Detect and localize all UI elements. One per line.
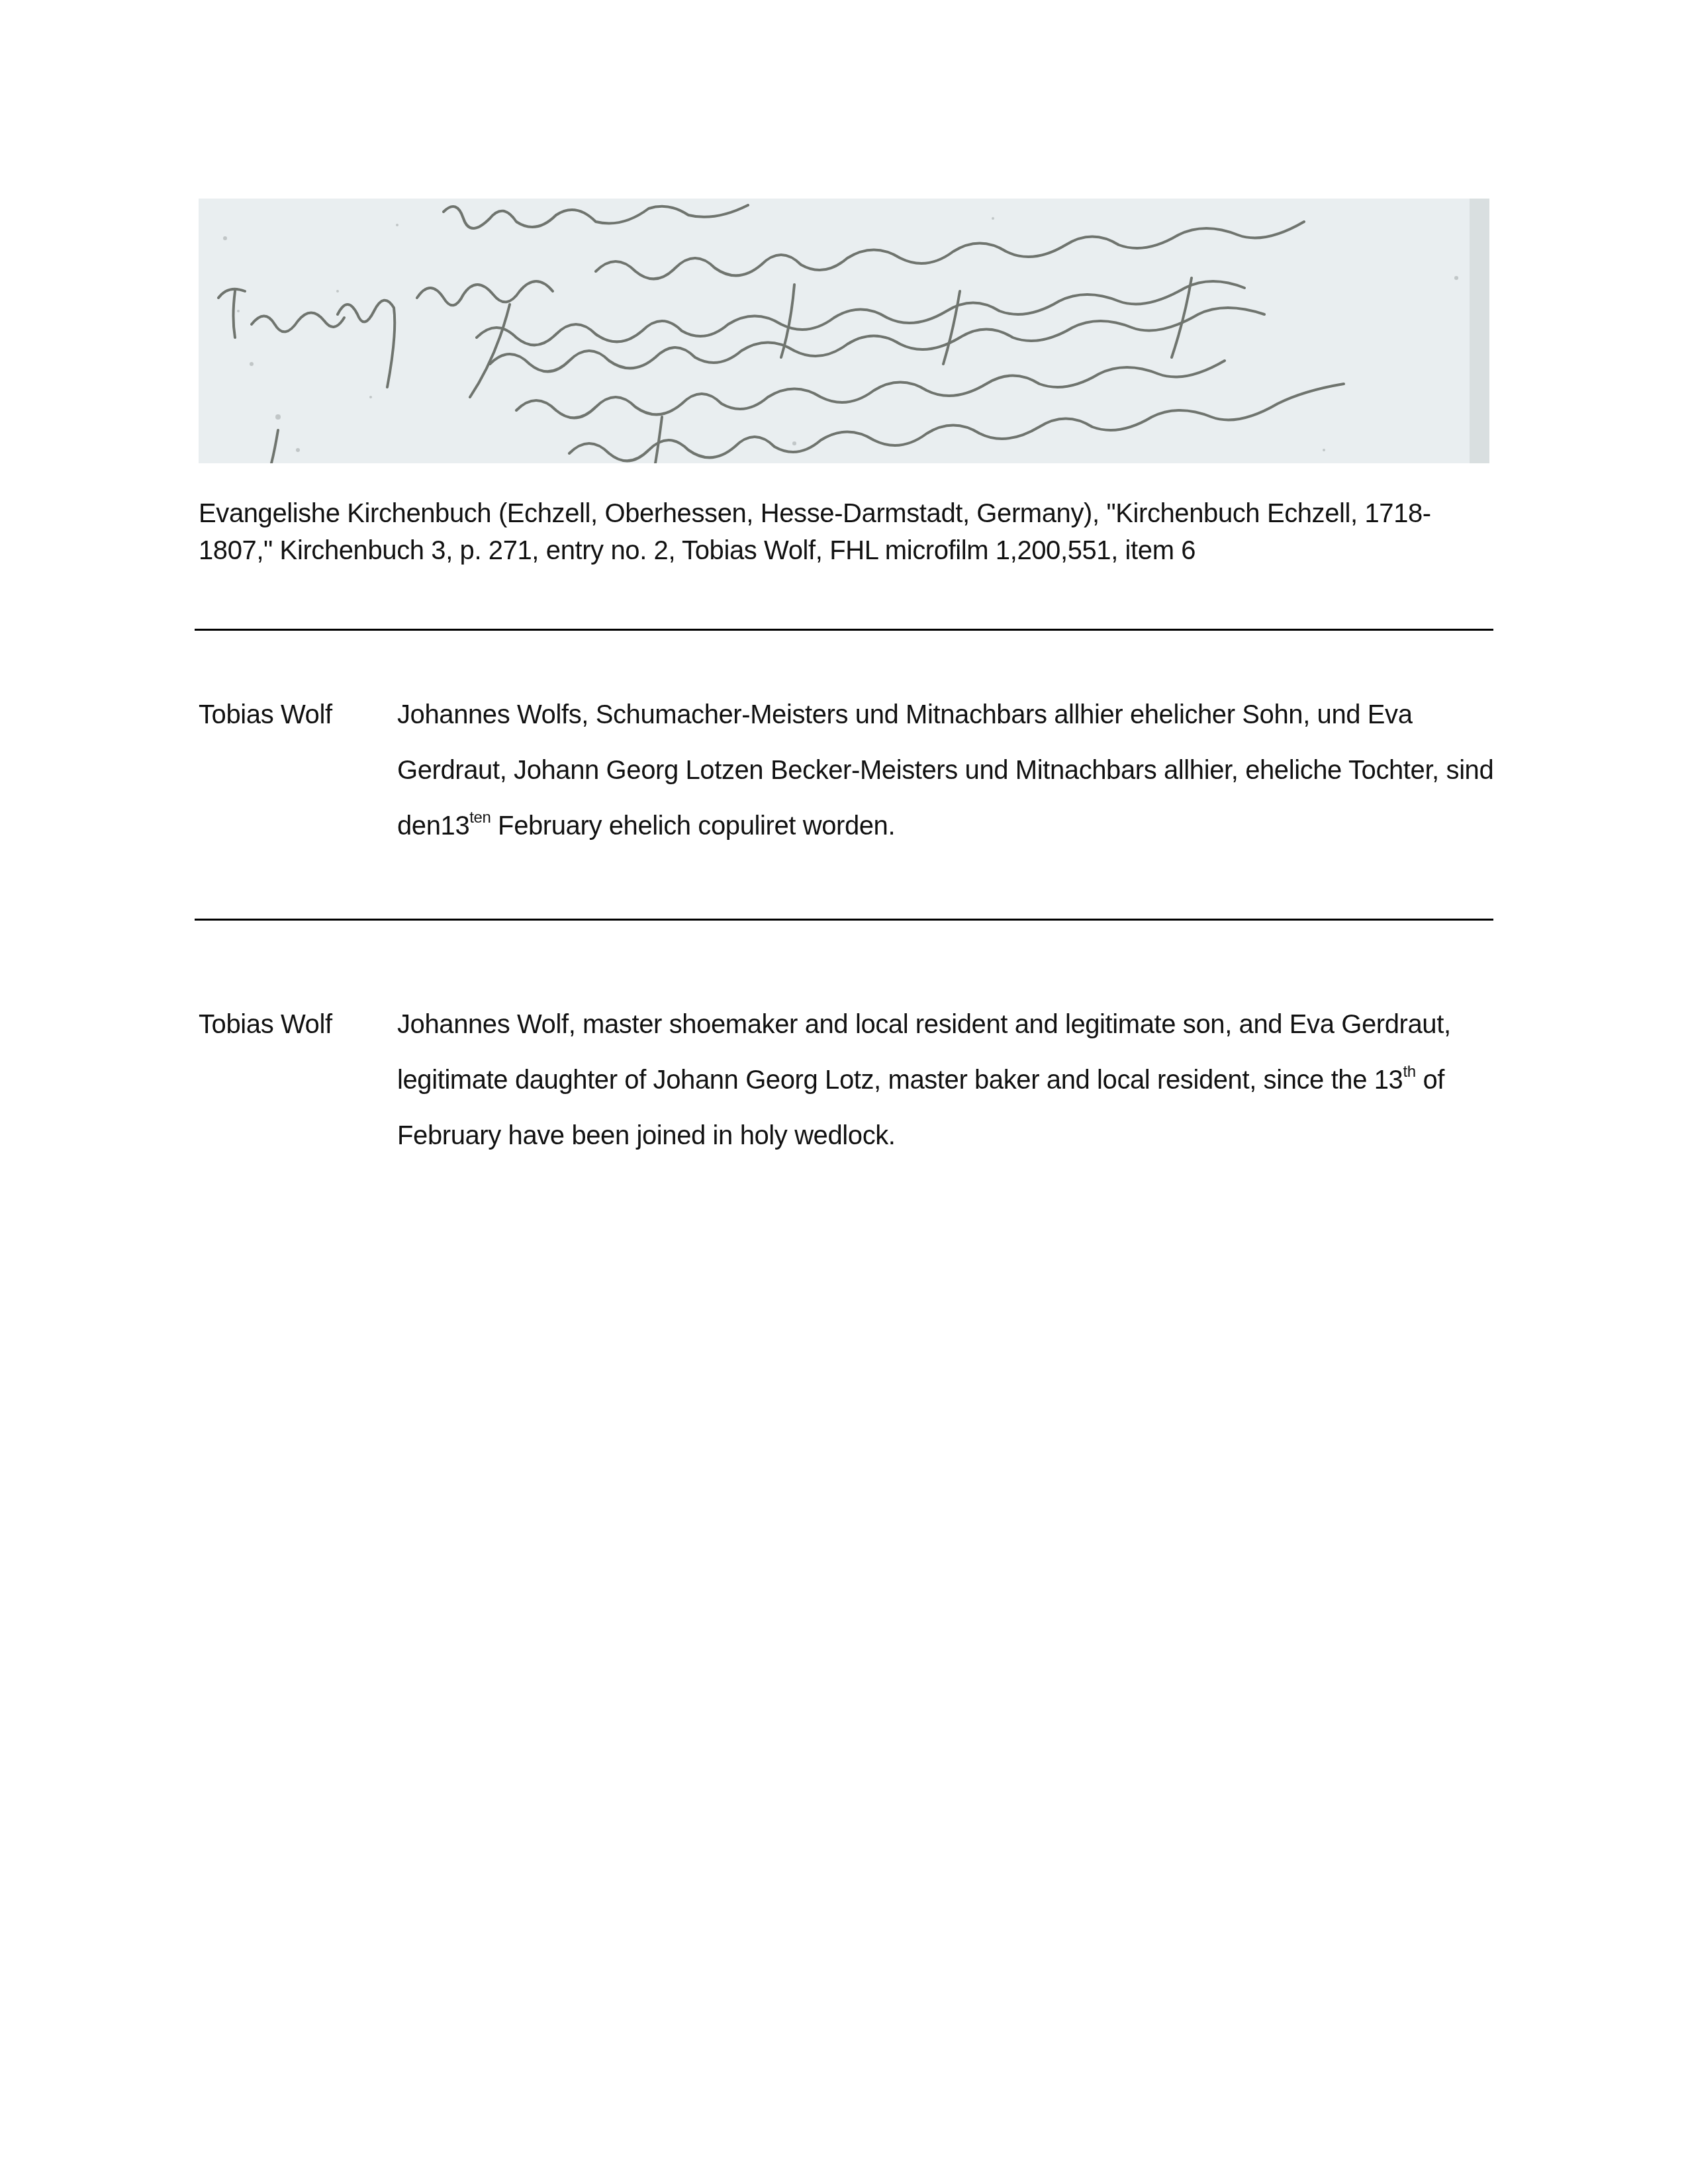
ordinal-suffix: th — [1403, 1063, 1415, 1081]
transcription-text: Johannes Wolfs, Schumacher-Meisters und … — [397, 687, 1496, 854]
translation-text-main: Johannes Wolf, master shoemaker and loca… — [397, 1010, 1451, 1095]
translation-text: Johannes Wolf, master shoemaker and loca… — [397, 997, 1496, 1163]
entry-name: Tobias Wolf — [199, 687, 391, 743]
source-citation: Evangelishe Kirchenbuch (Echzell, Oberhe… — [199, 495, 1496, 569]
transcription-text-end: February ehelich copuliret worden. — [491, 811, 895, 841]
ordinal-suffix: ten — [469, 809, 491, 827]
document-page: Evangelishe Kirchenbuch (Echzell, Oberhe… — [0, 0, 1688, 2184]
handwriting-image — [199, 199, 1489, 463]
divider-line — [195, 919, 1493, 921]
manuscript-scan-image — [199, 199, 1489, 463]
divider-line — [195, 629, 1493, 631]
entry-name: Tobias Wolf — [199, 997, 391, 1052]
